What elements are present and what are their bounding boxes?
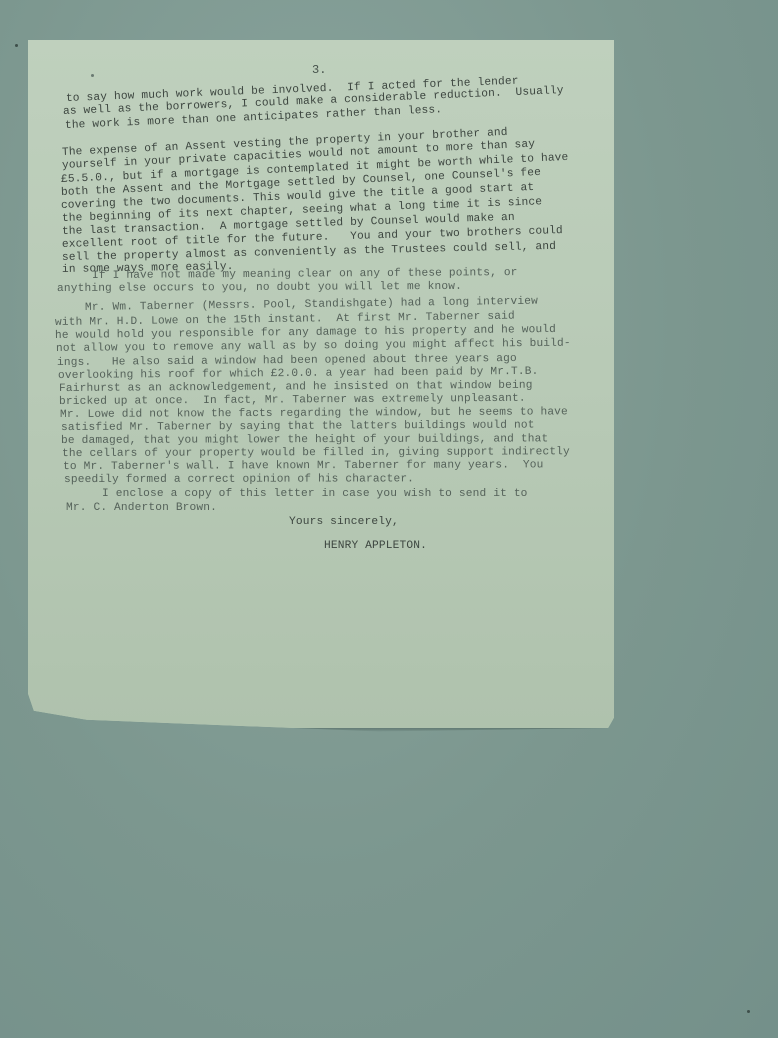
page-number: 3. <box>312 63 326 77</box>
letter-line: be damaged, that you might lower the hei… <box>61 433 548 447</box>
letter-line: speedily formed a correct opinion of his… <box>64 473 414 486</box>
letter-line: anything else occurs to you, no doubt yo… <box>57 281 462 295</box>
letter-line: the cellars of your property would be fi… <box>62 446 570 460</box>
letter-line: I enclose a copy of this letter in case … <box>102 488 528 500</box>
letter-line: satisfied Mr. Taberner by saying that th… <box>61 420 535 434</box>
letter-line: Mr. C. Anderton Brown. <box>66 502 217 514</box>
background-speck <box>747 1010 750 1013</box>
signature: HENRY APPLETON. <box>324 540 427 552</box>
letter-line: to Mr. Taberner's wall. I have known Mr.… <box>63 459 543 473</box>
background-speck <box>15 44 18 47</box>
paper-hole-mark <box>91 74 94 77</box>
closing: Yours sincerely, <box>289 516 399 528</box>
